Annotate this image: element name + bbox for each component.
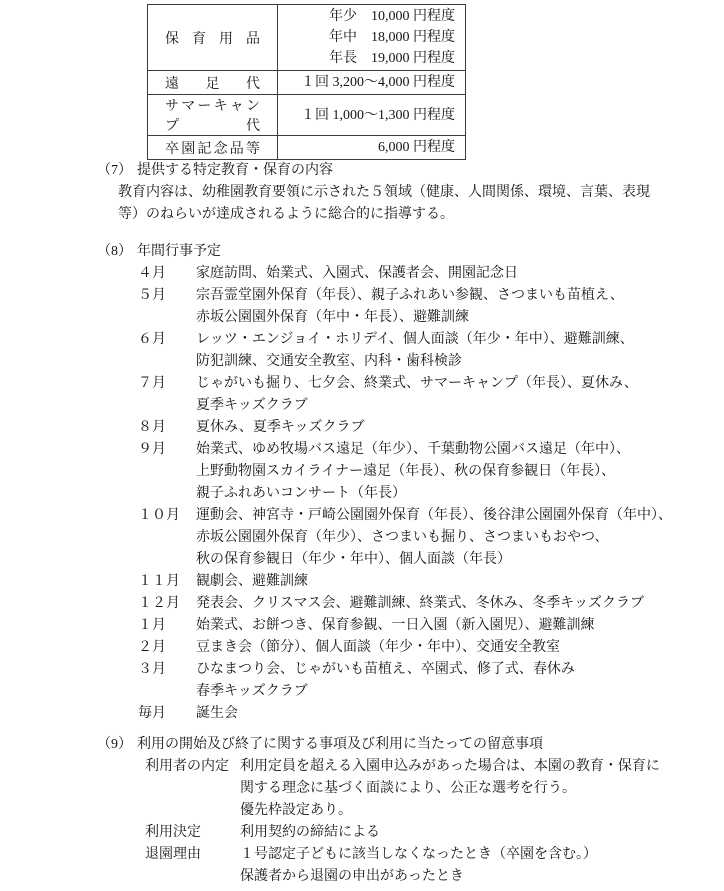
event-line: 夏休み、夏季キッズクラブ bbox=[196, 417, 365, 439]
section-number: （7） bbox=[97, 160, 137, 182]
month-row: ９月 始業式、ゆめ牧場バス遠足（年少）、千葉動物公園バス遠足（年中）、 上野動物… bbox=[138, 439, 672, 505]
month-events: 始業式、お餅つき、保育参観、一日入園（新入園児）、避難訓練 bbox=[196, 615, 594, 637]
event-line: レッツ・エンジョイ・ホリデイ、個人面談（年少・年中）、避難訓練、 bbox=[196, 329, 634, 351]
month-label: ５月 bbox=[138, 285, 196, 329]
fee-value-cell: １回 1,000～1,300 円程度 bbox=[278, 95, 466, 136]
document-page: { "fee_table": { "rows": [ {"label": "保育… bbox=[0, 0, 724, 891]
month-label: 毎月 bbox=[138, 703, 196, 725]
term-line: 関する理念に基づく面談により、公正な選考を行う。 bbox=[240, 778, 660, 800]
fee-value-line: １回 1,000～1,300 円程度 bbox=[282, 105, 455, 126]
month-events: レッツ・エンジョイ・ホリデイ、個人面談（年少・年中）、避難訓練、 防犯訓練、交通… bbox=[196, 329, 634, 373]
event-line: 赤坂公園園外保育（年少）、さつまいも掘り、さつまいもおやつ、 bbox=[196, 527, 672, 549]
term-lines: 利用定員を超える入園申込みがあった場合は、本園の教育・保育に 関する理念に基づく… bbox=[240, 756, 660, 822]
event-line: 運動会、神宮寺・戸崎公園園外保育（年長）、後谷津公園園外保育（年中）、 bbox=[196, 505, 672, 527]
month-label: ７月 bbox=[138, 373, 196, 417]
month-row: ３月 ひなまつり会、じゃがいも苗植え、卒園式、修了式、春休み 春季キッズクラブ bbox=[138, 659, 672, 703]
fee-label: 卒園記念品等 bbox=[148, 136, 278, 160]
month-events: 豆まき会（節分）、個人面談（年少・年中）、交通安全教室 bbox=[196, 637, 560, 659]
fee-value-line: 年中 18,000 円程度 bbox=[282, 27, 455, 48]
term-label: 退園理由 bbox=[145, 844, 240, 888]
event-line: 防犯訓練、交通安全教室、内科・歯科検診 bbox=[196, 351, 634, 373]
term-row: 利用決定 利用契約の締結による bbox=[145, 822, 660, 844]
body-line: 教育内容は、幼稚園教育要領に示された５領域（健康、人間関係、環境、言葉、表現 bbox=[118, 182, 650, 204]
month-label: ８月 bbox=[138, 417, 196, 439]
section-title: 年間行事予定 bbox=[137, 241, 221, 263]
month-label: ３月 bbox=[138, 659, 196, 703]
month-label: １２月 bbox=[138, 593, 196, 615]
section-heading: （9） 利用の開始及び終了に関する事項及び利用に当たっての留意事項 bbox=[97, 734, 660, 756]
event-line: じゃがいも掘り、七夕会、終業式、サマーキャンプ（年長）、夏休み、 bbox=[196, 373, 638, 395]
month-label: ９月 bbox=[138, 439, 196, 505]
term-label: 利用者の内定 bbox=[145, 756, 240, 822]
event-line: 家庭訪問、始業式、入園式、保護者会、開園記念日 bbox=[196, 263, 518, 285]
term-line: １号認定子どもに該当しなくなったとき（卒園を含む。） bbox=[240, 844, 597, 866]
fee-table: 保育用品 年少 10,000 円程度 年中 18,000 円程度 年長 19,0… bbox=[147, 4, 466, 160]
event-line: 親子ふれあいコンサート（年長） bbox=[196, 483, 630, 505]
month-label: ４月 bbox=[138, 263, 196, 285]
month-label: １１月 bbox=[138, 571, 196, 593]
term-line: 利用定員を超える入園申込みがあった場合は、本園の教育・保育に bbox=[240, 756, 660, 778]
event-line: 発表会、クリスマス会、避難訓練、終業式、冬休み、冬季キッズクラブ bbox=[196, 593, 644, 615]
month-row: １０月 運動会、神宮寺・戸崎公園園外保育（年長）、後谷津公園園外保育（年中）、 … bbox=[138, 505, 672, 571]
month-row: ７月 じゃがいも掘り、七夕会、終業式、サマーキャンプ（年長）、夏休み、 夏季キッ… bbox=[138, 373, 672, 417]
section-heading: （8） 年間行事予定 bbox=[97, 241, 672, 263]
month-events: 始業式、ゆめ牧場バス遠足（年少）、千葉動物公園バス遠足（年中）、 上野動物園スカ… bbox=[196, 439, 630, 505]
month-row: ６月 レッツ・エンジョイ・ホリデイ、個人面談（年少・年中）、避難訓練、 防犯訓練… bbox=[138, 329, 672, 373]
month-row: ４月 家庭訪問、始業式、入園式、保護者会、開園記念日 bbox=[138, 263, 672, 285]
event-line: ひなまつり会、じゃがいも苗植え、卒園式、修了式、春休み bbox=[196, 659, 575, 681]
term-lines: １号認定子どもに該当しなくなったとき（卒園を含む。） 保護者から退園の申出があっ… bbox=[240, 844, 597, 888]
month-events: 観劇会、避難訓練 bbox=[196, 571, 308, 593]
month-events: 宗吾霊堂園外保育（年長）、親子ふれあい参観、さつまいも苗植え、 赤坂公園園外保育… bbox=[196, 285, 624, 329]
term-line: 利用契約の締結による bbox=[240, 822, 380, 844]
event-line: 秋の保育参観日（年少・年中）、個人面談（年長） bbox=[196, 549, 672, 571]
fee-table-row: サマーキャンプ代 １回 1,000～1,300 円程度 bbox=[148, 95, 466, 136]
fee-value-line: 年長 19,000 円程度 bbox=[282, 48, 455, 69]
fee-table-row: 卒園記念品等 6,000 円程度 bbox=[148, 136, 466, 160]
section-7: （7） 提供する特定教育・保育の内容 教育内容は、幼稚園教育要領に示された５領域… bbox=[97, 160, 650, 226]
section-title: 利用の開始及び終了に関する事項及び利用に当たっての留意事項 bbox=[137, 734, 543, 756]
month-events: じゃがいも掘り、七夕会、終業式、サマーキャンプ（年長）、夏休み、 夏季キッズクラ… bbox=[196, 373, 638, 417]
month-label: ６月 bbox=[138, 329, 196, 373]
month-row: ２月 豆まき会（節分）、個人面談（年少・年中）、交通安全教室 bbox=[138, 637, 672, 659]
event-line: 始業式、お餅つき、保育参観、一日入園（新入園児）、避難訓練 bbox=[196, 615, 594, 637]
event-line: 赤坂公園園外保育（年中・年長）、避難訓練 bbox=[196, 307, 624, 329]
month-label: ２月 bbox=[138, 637, 196, 659]
section-8: （8） 年間行事予定 ４月 家庭訪問、始業式、入園式、保護者会、開園記念日 ５月… bbox=[97, 241, 672, 725]
month-row: ５月 宗吾霊堂園外保育（年長）、親子ふれあい参観、さつまいも苗植え、 赤坂公園園… bbox=[138, 285, 672, 329]
month-events: 夏休み、夏季キッズクラブ bbox=[196, 417, 365, 439]
fee-value-line: 年少 10,000 円程度 bbox=[282, 6, 455, 27]
event-line: 誕生会 bbox=[196, 703, 238, 725]
term-row: 退園理由 １号認定子どもに該当しなくなったとき（卒園を含む。） 保護者から退園の… bbox=[145, 844, 660, 888]
term-line: 優先枠設定あり。 bbox=[240, 800, 660, 822]
fee-label: サマーキャンプ代 bbox=[148, 95, 278, 136]
month-row: １１月 観劇会、避難訓練 bbox=[138, 571, 672, 593]
fee-value-line: １回 3,200～4,000 円程度 bbox=[282, 72, 455, 93]
section-body: 教育内容は、幼稚園教育要領に示された５領域（健康、人間関係、環境、言葉、表現 等… bbox=[118, 182, 650, 226]
month-events: ひなまつり会、じゃがいも苗植え、卒園式、修了式、春休み 春季キッズクラブ bbox=[196, 659, 575, 703]
section-title: 提供する特定教育・保育の内容 bbox=[137, 160, 333, 182]
fee-table-row: 遠足代 １回 3,200～4,000 円程度 bbox=[148, 71, 466, 95]
fee-value-cell: 年少 10,000 円程度 年中 18,000 円程度 年長 19,000 円程… bbox=[278, 5, 466, 71]
month-label: １月 bbox=[138, 615, 196, 637]
month-row: １２月 発表会、クリスマス会、避難訓練、終業式、冬休み、冬季キッズクラブ bbox=[138, 593, 672, 615]
event-line: 観劇会、避難訓練 bbox=[196, 571, 308, 593]
event-line: 豆まき会（節分）、個人面談（年少・年中）、交通安全教室 bbox=[196, 637, 560, 659]
event-line: 上野動物園スカイライナー遠足（年長）、秋の保育参観日（年長）、 bbox=[196, 461, 630, 483]
section-heading: （7） 提供する特定教育・保育の内容 bbox=[97, 160, 650, 182]
month-events: 運動会、神宮寺・戸崎公園園外保育（年長）、後谷津公園園外保育（年中）、 赤坂公園… bbox=[196, 505, 672, 571]
event-line: 宗吾霊堂園外保育（年長）、親子ふれあい参観、さつまいも苗植え、 bbox=[196, 285, 624, 307]
month-label: １０月 bbox=[138, 505, 196, 571]
month-events: 家庭訪問、始業式、入園式、保護者会、開園記念日 bbox=[196, 263, 518, 285]
section-number: （9） bbox=[97, 734, 137, 756]
fee-table-row: 保育用品 年少 10,000 円程度 年中 18,000 円程度 年長 19,0… bbox=[148, 5, 466, 71]
term-row: 利用者の内定 利用定員を超える入園申込みがあった場合は、本園の教育・保育に 関す… bbox=[145, 756, 660, 822]
term-lines: 利用契約の締結による bbox=[240, 822, 380, 844]
fee-label: 遠足代 bbox=[148, 71, 278, 95]
section-number: （8） bbox=[97, 241, 137, 263]
month-events: 誕生会 bbox=[196, 703, 238, 725]
event-line: 夏季キッズクラブ bbox=[196, 395, 638, 417]
fee-value-cell: １回 3,200～4,000 円程度 bbox=[278, 71, 466, 95]
fee-label: 保育用品 bbox=[148, 5, 278, 71]
body-line: 等）のねらいが達成されるように総合的に指導する。 bbox=[118, 204, 650, 226]
term-label: 利用決定 bbox=[145, 822, 240, 844]
month-row: １月 始業式、お餅つき、保育参観、一日入園（新入園児）、避難訓練 bbox=[138, 615, 672, 637]
term-line: 保護者から退園の申出があったとき bbox=[240, 866, 597, 888]
event-line: 春季キッズクラブ bbox=[196, 681, 575, 703]
month-row: ８月 夏休み、夏季キッズクラブ bbox=[138, 417, 672, 439]
month-row: 毎月 誕生会 bbox=[138, 703, 672, 725]
fee-value-line: 6,000 円程度 bbox=[282, 137, 455, 158]
fee-value-cell: 6,000 円程度 bbox=[278, 136, 466, 160]
event-line: 始業式、ゆめ牧場バス遠足（年少）、千葉動物公園バス遠足（年中）、 bbox=[196, 439, 630, 461]
month-events: 発表会、クリスマス会、避難訓練、終業式、冬休み、冬季キッズクラブ bbox=[196, 593, 644, 615]
section-9: （9） 利用の開始及び終了に関する事項及び利用に当たっての留意事項 利用者の内定… bbox=[97, 734, 660, 888]
